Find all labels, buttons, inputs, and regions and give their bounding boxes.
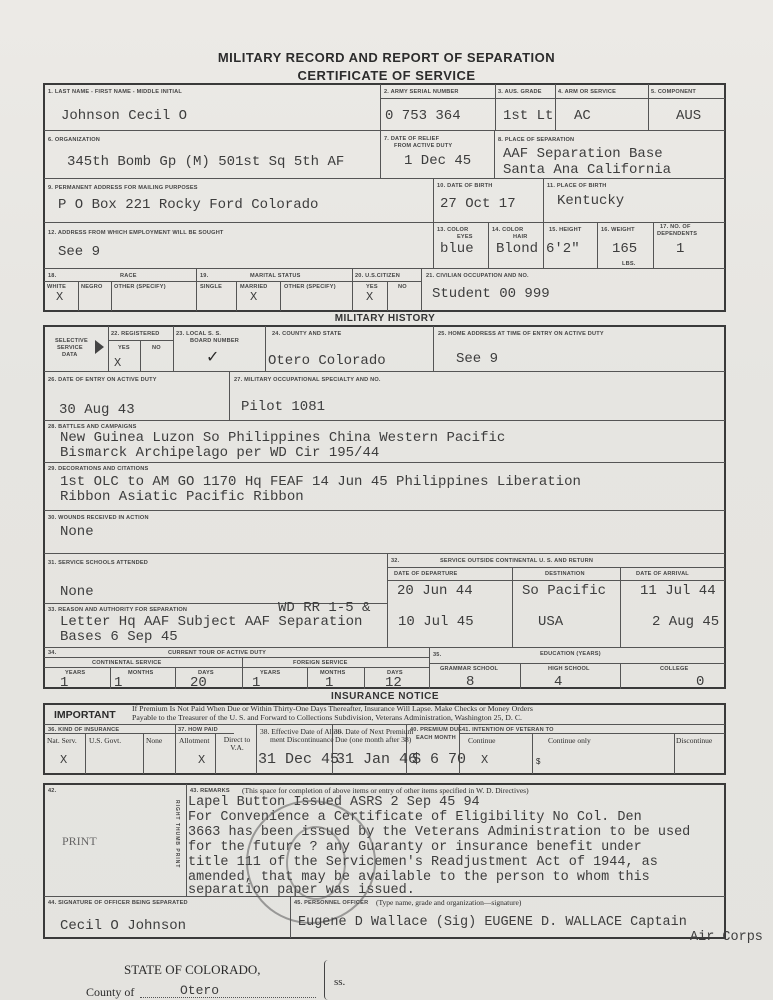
college-value: 0 xyxy=(696,674,704,690)
cont-months-header: MONTHS xyxy=(128,670,153,676)
f13-label-1: 13. COLOR xyxy=(437,227,468,233)
permanent-address-value: P O Box 221 Rocky Ford Colorado xyxy=(58,197,318,213)
allotment-discontinuance-value: 31 Dec 45 xyxy=(258,751,339,768)
cont-months-value: 1 xyxy=(114,675,122,691)
f44-label: 44. SIGNATURE OF OFFICER BEING SEPARATED xyxy=(48,900,188,906)
eye-color-value: blue xyxy=(440,241,474,257)
military-history-band: MILITARY HISTORY xyxy=(40,313,730,324)
destination-header: DESTINATION xyxy=(545,571,585,577)
f22-label: 22. REGISTERED xyxy=(111,331,160,337)
foreign-days-value: 12 xyxy=(385,675,402,691)
grammar-school-value: 8 xyxy=(466,674,474,690)
dependents-value: 1 xyxy=(676,241,684,257)
name-value: Johnson Cecil O xyxy=(61,108,187,124)
arrival-2: 2 Aug 45 xyxy=(652,614,719,630)
f40-label-2: EACH MONTH xyxy=(416,735,456,741)
f4-label: 4. ARM OR SERVICE xyxy=(558,89,616,95)
remarks-line-2: For Convenience a Certificate of Eligibi… xyxy=(188,810,642,825)
cont-days-value: 20 xyxy=(190,675,207,691)
grade-value: 1st Lt xyxy=(503,108,553,124)
marital-single-label: SINGLE xyxy=(200,284,222,290)
f5-label: 5. COMPONENT xyxy=(651,89,696,95)
f6-label: 6. ORGANIZATION xyxy=(48,137,100,143)
departure-header: DATE OF DEPARTURE xyxy=(394,571,457,577)
f32-label: 32. xyxy=(391,558,399,564)
f2-label: 2. ARMY SERIAL NUMBER xyxy=(384,89,459,95)
service-outside-title: SERVICE OUTSIDE CONTINENTAL U. S. AND RE… xyxy=(440,558,593,564)
hair-color-value: Blond xyxy=(496,241,538,257)
f34-label: 34. xyxy=(48,650,56,656)
f40-label-1: 40. PREMIUM DUE xyxy=(410,727,462,733)
f27-label: 27. MILITARY OCCUPATIONAL SPECIALTY AND … xyxy=(234,377,381,383)
weight-unit: LBS. xyxy=(622,261,636,267)
f43-label: 43. REMARKS xyxy=(190,788,230,794)
f38-label-2: ment Discontinuance xyxy=(270,735,334,744)
county-dotted-line xyxy=(140,997,316,998)
f7-label-2: FROM ACTIVE DUTY xyxy=(394,143,452,149)
f7-label-1: 7. DATE OF RELIEF xyxy=(384,136,439,142)
f19-label: 19. xyxy=(200,273,208,279)
race-other-label: OTHER (specify) xyxy=(114,284,166,290)
county-state-value: Otero Colorado xyxy=(268,353,386,369)
f39-label-2: Due (one month after 38) xyxy=(335,735,411,744)
thumb-print-label: RIGHT THUMB PRINT xyxy=(174,800,180,868)
place-of-birth-value: Kentucky xyxy=(557,193,624,209)
nat-serv-mark: X xyxy=(60,753,67,767)
f16-label: 16. WEIGHT xyxy=(601,227,635,233)
cont-years-value: 1 xyxy=(60,675,68,691)
f23-label-2: BOARD NUMBER xyxy=(190,338,239,344)
service-schools-value: None xyxy=(60,584,94,600)
marital-status-title: MARITAL STATUS xyxy=(250,273,301,279)
remarks-note: (This space for completion of above item… xyxy=(242,786,529,795)
race-title: RACE xyxy=(120,273,137,279)
f29-label: 29. DECORATIONS AND CITATIONS xyxy=(48,466,148,472)
personnel-officer-note: (Type name, grade and organization—signa… xyxy=(376,898,521,907)
date-of-birth-value: 27 Oct 17 xyxy=(440,196,516,212)
citizen-no-label: NO xyxy=(398,284,407,290)
date-relief-value: 1 Dec 45 xyxy=(404,153,471,169)
foreign-years-value: 1 xyxy=(252,675,260,691)
print-label: PRINT xyxy=(62,834,97,849)
marital-married-mark: X xyxy=(250,290,257,304)
insurance-notice-line-2: Payable to the Treasurer of the U. S. an… xyxy=(132,713,522,722)
registered-no-label: NO xyxy=(152,345,161,351)
f30-label: 30. WOUNDS RECEIVED IN ACTION xyxy=(48,515,149,521)
f35-label: 35. xyxy=(433,652,441,658)
f24-label: 24. COUNTY AND STATE xyxy=(272,331,341,337)
entry-date-value: 30 Aug 43 xyxy=(59,402,135,418)
high-school-header: HIGH SCHOOL xyxy=(548,666,590,672)
personnel-officer-value-2: Air Corps xyxy=(690,930,763,945)
height-value: 6'2" xyxy=(546,241,580,257)
f3-label: 3. AUS. GRADE xyxy=(498,89,542,95)
f8-label: 8. PLACE OF SEPARATION xyxy=(498,137,574,143)
decorations-value-1: 1st OLC to AM GO 1170 Hq FEAF 14 Jun 45 … xyxy=(60,474,581,490)
f14-label-2: HAIR xyxy=(513,234,527,240)
current-tour-title: CURRENT TOUR OF ACTIVE DUTY xyxy=(168,650,266,656)
officer-signature-value: Cecil O Johnson xyxy=(60,918,186,934)
citizen-yes-mark: X xyxy=(366,290,373,304)
f11-label: 11. PLACE OF BIRTH xyxy=(547,183,607,189)
f37-label: 37. HOW PAID xyxy=(178,727,218,733)
next-premium-value: 31 Jan 46 xyxy=(336,751,417,768)
f23-label-1: 23. LOCAL S. S. xyxy=(176,331,221,337)
f18-label: 18. xyxy=(48,273,56,279)
college-header: COLLEGE xyxy=(660,666,688,672)
employment-address-value: See 9 xyxy=(58,244,100,260)
document-title: MILITARY RECORD AND REPORT OF SEPARATION xyxy=(0,50,773,65)
document-subtitle: CERTIFICATE OF SERVICE xyxy=(0,68,773,83)
race-white-mark: X xyxy=(56,290,63,304)
departure-1: 20 Jun 44 xyxy=(397,583,473,599)
f36-label: 36. KIND OF INSURANCE xyxy=(48,727,119,733)
marital-other-label: OTHER (specify) xyxy=(284,284,336,290)
f15-label: 15. HEIGHT xyxy=(549,227,581,233)
f45-label: 45. PERSONNEL OFFICER xyxy=(294,900,368,906)
civilian-occupation-value: Student 00 999 xyxy=(432,286,550,302)
f21-label: 21. CIVILIAN OCCUPATION AND NO. xyxy=(426,273,529,279)
us-govt-label: U.S. Govt. xyxy=(89,736,121,745)
county-value: Otero xyxy=(180,983,219,998)
education-title: EDUCATION (years) xyxy=(540,651,601,657)
home-address-value: See 9 xyxy=(456,351,498,367)
wounds-value: None xyxy=(60,524,94,540)
organization-value: 345th Bomb Gp (M) 501st Sq 5th AF xyxy=(67,154,344,170)
weight-value: 165 xyxy=(612,241,637,257)
personnel-officer-value: Eugene D Wallace (Sig) EUGENE D. WALLACE… xyxy=(298,915,687,930)
f14-label-1: 14. COLOR xyxy=(492,227,523,233)
f41-label: 41. INTENTION OF VETERAN TO xyxy=(462,727,554,733)
arrow-right-icon xyxy=(95,340,104,354)
separation-reason-value-2: Letter Hq AAF Subject AAF Separation xyxy=(60,614,362,630)
f12-label: 12. ADDRESS FROM WHICH EMPLOYMENT WILL B… xyxy=(48,230,224,236)
f20-label: 20. U.S.CITIZEN xyxy=(355,273,400,279)
premium-value: $ 6 70 xyxy=(412,751,466,768)
decorations-value-2: Ribbon Asiatic Pacific Ribbon xyxy=(60,489,304,505)
f10-label: 10. DATE OF BIRTH xyxy=(437,183,493,189)
nat-serv-label: Nat. Serv. xyxy=(47,736,77,745)
serial-number-value: 0 753 364 xyxy=(385,108,461,124)
grammar-school-header: GRAMMAR SCHOOL xyxy=(440,666,498,672)
place-separation-value-1: AAF Separation Base xyxy=(503,146,663,162)
f25-label: 25. HOME ADDRESS AT TIME OF ENTRY ON ACT… xyxy=(438,331,604,337)
foreign-months-value: 1 xyxy=(325,675,333,691)
continue-label: Continue xyxy=(468,736,496,745)
continue-mark: X xyxy=(481,753,488,767)
f33-label: 33. REASON AND AUTHORITY FOR SEPARATION xyxy=(48,607,187,613)
continental-service-title: CONTINENTAL SERVICE xyxy=(92,660,161,666)
arrival-header: DATE OF ARRIVAL xyxy=(636,571,689,577)
insurance-notice-line-1: If Premium Is Not Paid When Due or Withi… xyxy=(132,704,533,713)
battles-value-2: Bismarck Archipelago per WD Cir 195/44 xyxy=(60,445,379,461)
place-separation-value-2: Santa Ana California xyxy=(503,162,671,178)
component-value: AUS xyxy=(676,108,701,124)
high-school-value: 4 xyxy=(554,674,562,690)
mos-value: Pilot 1081 xyxy=(241,399,325,415)
direct-va-label: Direct to V.A. xyxy=(220,736,254,752)
ss-label: ss. xyxy=(334,976,345,988)
discontinue-label: Discontinue xyxy=(676,736,712,745)
continue-only-dollar: $ xyxy=(536,757,540,766)
f17-label-1: 17. NO. OF xyxy=(660,224,691,230)
allotment-label: Allotment xyxy=(179,736,209,745)
important-label: IMPORTANT xyxy=(54,709,116,721)
battles-value-1: New Guinea Luzon So Philippines China We… xyxy=(60,430,505,446)
f42-label: 42. xyxy=(48,788,56,794)
arrival-1: 11 Jul 44 xyxy=(640,583,716,599)
county-label: County of xyxy=(86,985,134,1000)
race-negro-label: NEGRO xyxy=(81,284,103,290)
registered-yes-mark: X xyxy=(114,356,121,370)
arm-service-value: AC xyxy=(574,108,591,124)
foreign-service-title: FOREIGN SERVICE xyxy=(293,660,348,666)
state-label: STATE OF COLORADO, xyxy=(124,962,261,978)
discharge-document: MILITARY RECORD AND REPORT OF SEPARATION… xyxy=(0,0,773,1000)
f1-label: 1. LAST NAME - FIRST NAME - MIDDLE INITI… xyxy=(48,89,182,95)
separation-reason-value-3: Bases 6 Sep 45 xyxy=(60,629,178,645)
f26-label: 26. DATE OF ENTRY ON ACTIVE DUTY xyxy=(48,377,157,383)
f31-label: 31. SERVICE SCHOOLS ATTENDED xyxy=(48,560,148,566)
selective-service-label-1: SELECTIVE xyxy=(55,338,88,344)
destination-1: So Pacific xyxy=(522,583,606,599)
stamp-inner-circle-icon xyxy=(286,826,346,900)
departure-2: 10 Jul 45 xyxy=(398,614,474,630)
checkmark-icon: ✓ xyxy=(206,347,219,367)
foreign-years-header: YEARS xyxy=(260,670,280,676)
selective-service-label-3: DATA xyxy=(62,352,78,358)
insurance-notice-band: INSURANCE NOTICE xyxy=(40,691,730,702)
destination-2: USA xyxy=(538,614,563,630)
f17-label-2: DEPENDENTS xyxy=(657,231,697,237)
brace-icon xyxy=(324,960,331,1000)
selective-service-label-2: SERVICE xyxy=(57,345,83,351)
allotment-mark: X xyxy=(198,753,205,767)
f9-label: 9. PERMANENT ADDRESS FOR MAILING PURPOSE… xyxy=(48,185,198,191)
f13-label-2: EYES xyxy=(457,234,473,240)
registered-yes-label: YES xyxy=(118,345,130,351)
none-label: None xyxy=(146,736,162,745)
continue-only-label: Continue only xyxy=(548,736,591,745)
